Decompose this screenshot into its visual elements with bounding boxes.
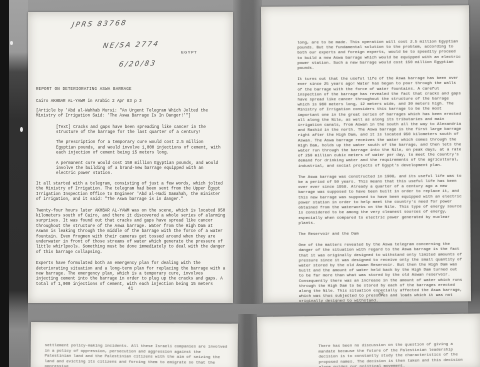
paragraph: Experts have formulated both an emergenc… [36, 261, 227, 287]
right-page: long, are to be made. This operation wil… [261, 5, 471, 302]
page-gap-vertical-bottom [238, 314, 257, 367]
paragraph: It turns out that the useful life of the… [297, 76, 462, 169]
article-title: REPORT ON DETERIORATING ASWA BARRAGE [36, 87, 227, 92]
left-page-body: REPORT ON DETERIORATING ASWA BARRAGE Cai… [28, 12, 233, 287]
paragraph: long, are to be made. This operation wil… [297, 39, 461, 71]
page-number: 41 [28, 286, 233, 291]
article-byline-note: [Article by 'Abd al-Wahhab Mursi: "An Ur… [36, 108, 227, 118]
page-gap-vertical [233, 0, 262, 304]
indented-paragraph: [Text] Cracks and gaps have been spreadi… [56, 125, 222, 135]
paragraph: It all started with a telegram, consisti… [36, 181, 227, 202]
section-subheading: The Reservoir and the Dam [299, 231, 463, 237]
bottom-right-text: There has been no discussion on the ques… [257, 313, 480, 367]
right-page-body: long, are to be made. This operation wil… [261, 5, 471, 302]
film-left-black-edge [0, 0, 9, 367]
bottom-left-partial-page: settlement policy-making incidents. All … [31, 322, 238, 367]
film-speck [10, 41, 13, 45]
source-line: Cairo AKHBAR AL-YAWM in Arabic 2 Apr 83 … [36, 99, 227, 104]
bottom-left-text: settlement policy-making incidents. All … [31, 322, 238, 367]
indented-paragraph: A permanent cure would cost 150 million … [56, 161, 222, 177]
film-speck [20, 127, 23, 132]
paragraph: The Aswa barrage was constructed in 1908… [298, 174, 462, 226]
microfilm-scan: JPRS 83768 NE/SA 2774 6/20/83 EGYPT REPO… [0, 0, 480, 367]
film-left-gray-strip [9, 0, 28, 367]
bottom-right-partial-page: There has been no discussion on the ques… [257, 313, 480, 367]
indented-paragraph: The prescription for a temporary cure wo… [56, 140, 222, 156]
left-page: JPRS 83768 NE/SA 2774 6/20/83 EGYPT REPO… [28, 12, 233, 303]
paragraph: Twenty-four hours later AKHBAR AL-YAWM w… [36, 208, 227, 255]
